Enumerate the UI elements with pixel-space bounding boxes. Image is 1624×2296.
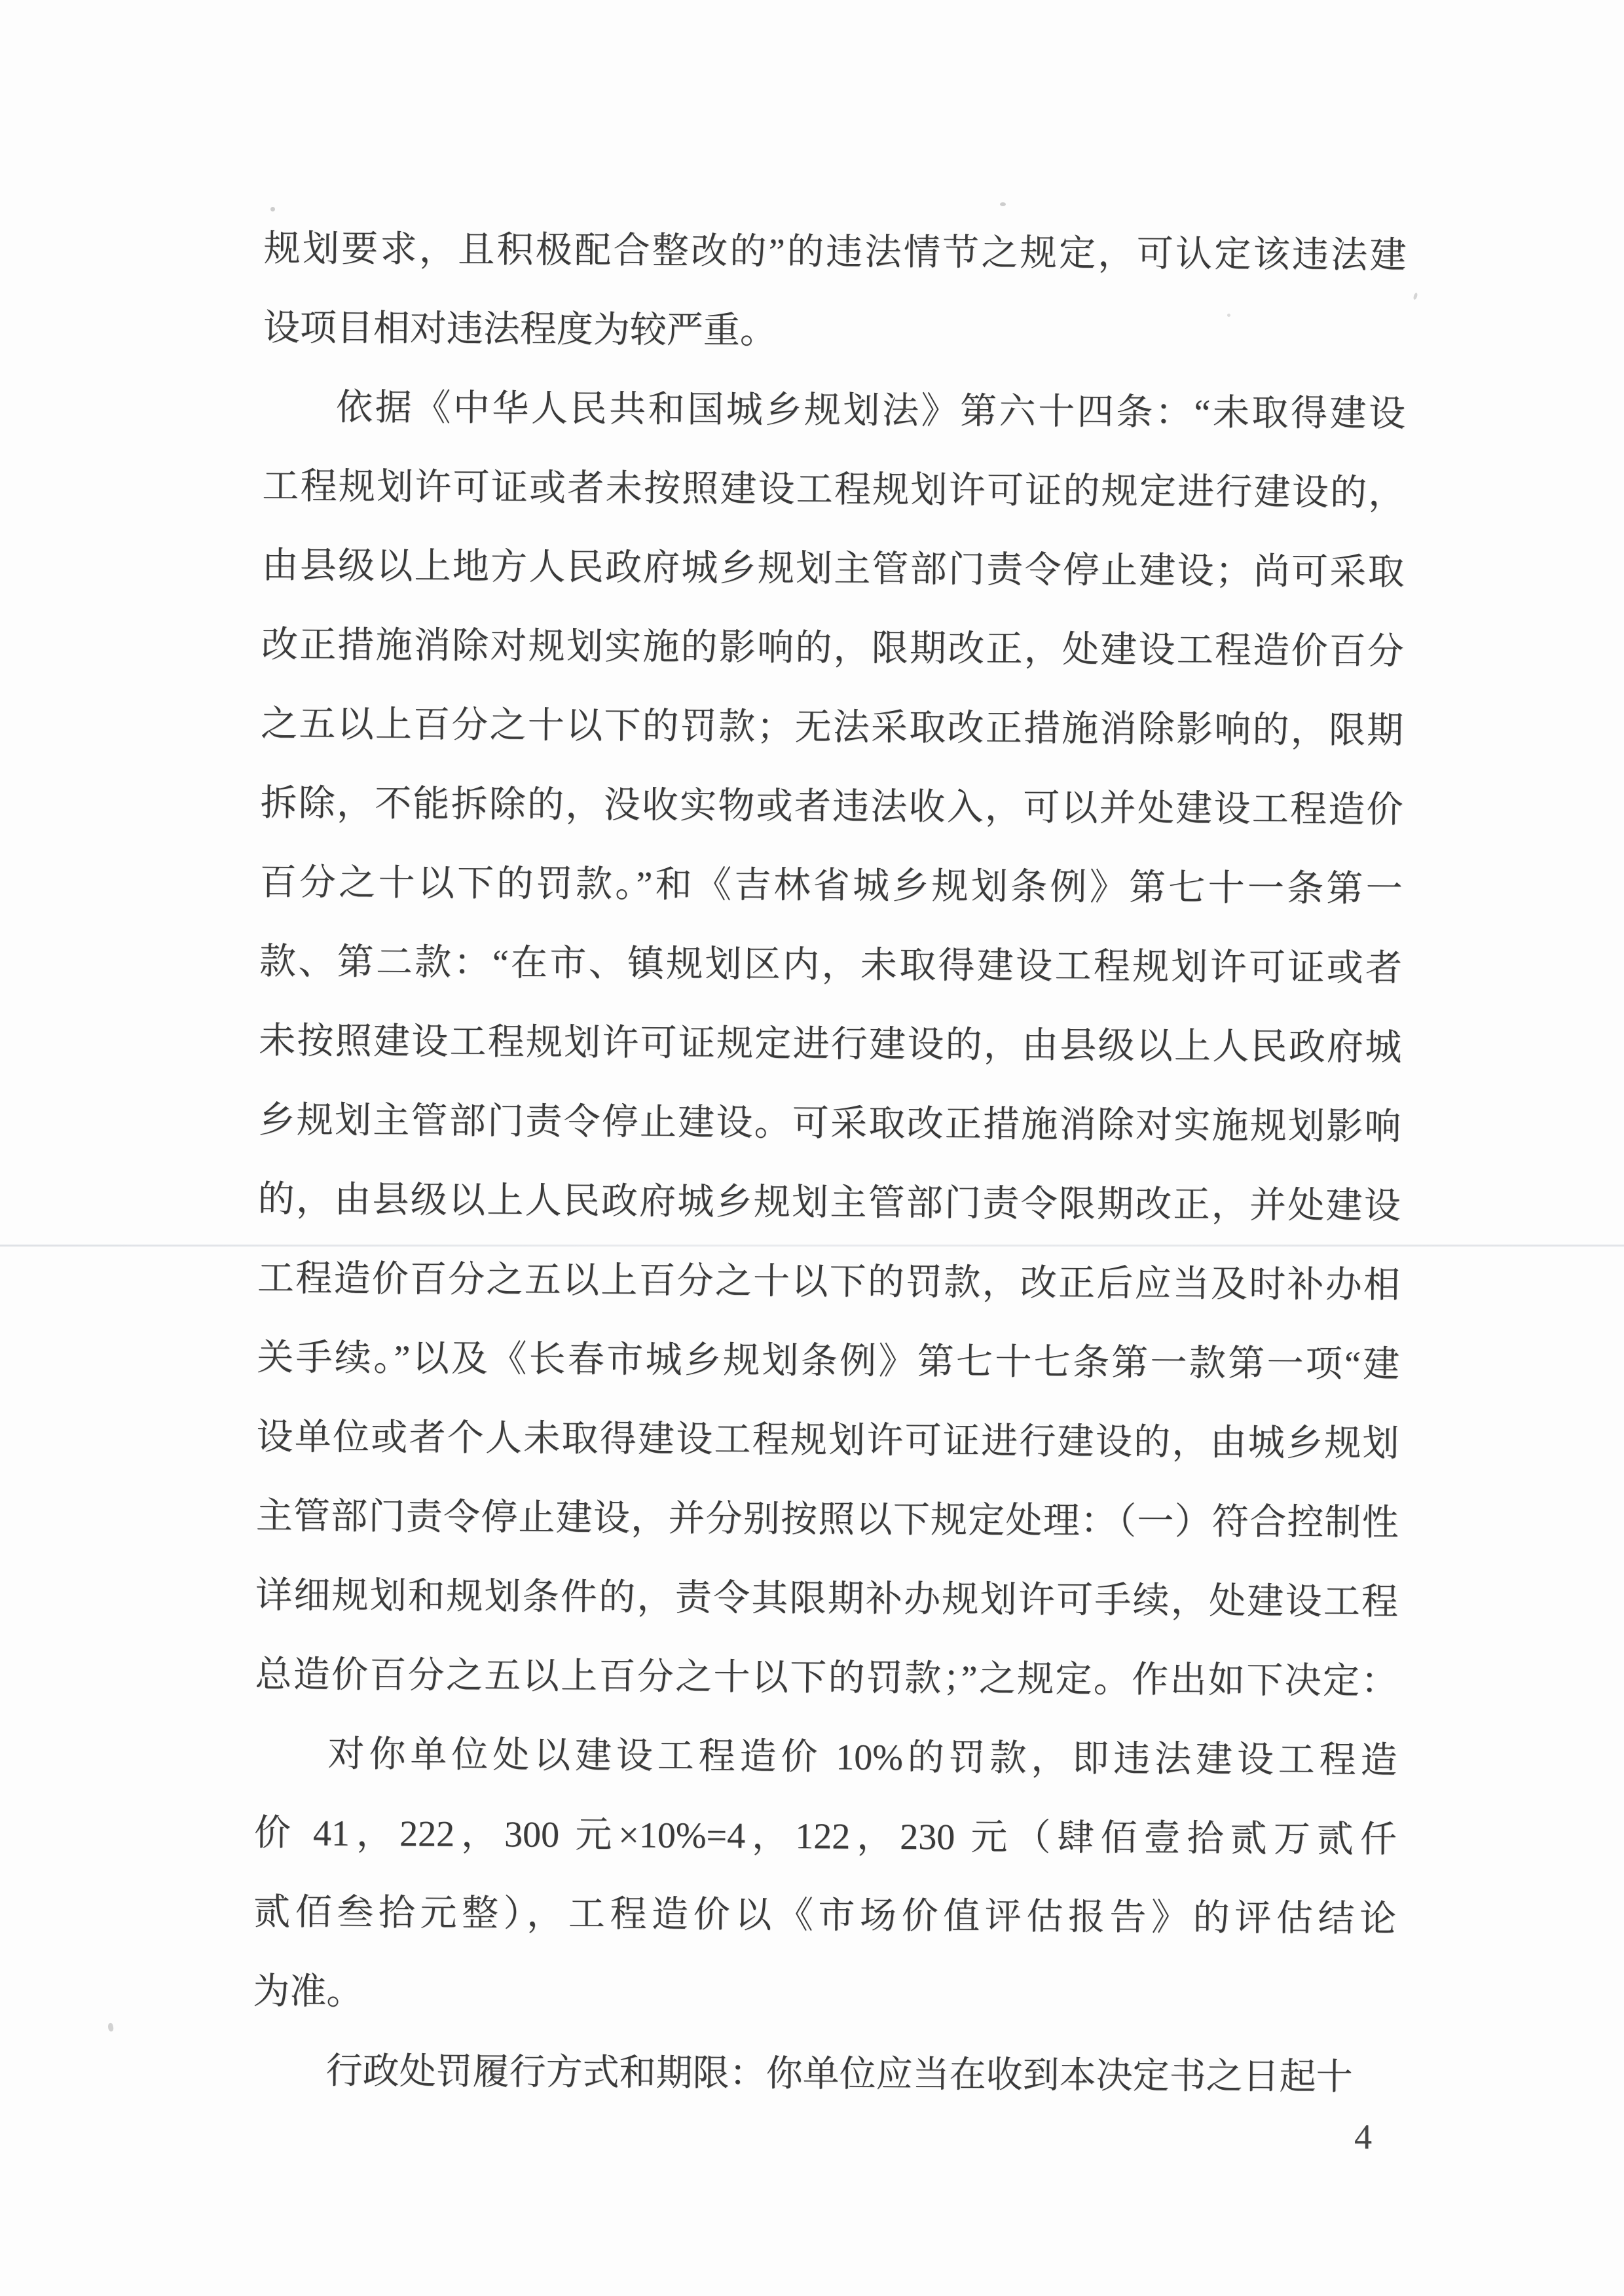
text-line: 的，由县级以上人民政府城乡规划主管部门责令限期改正，并处建设 bbox=[257, 1160, 1401, 1247]
text-line: 设单位或者个人未取得建设工程规划许可证进行建设的，由城乡规划 bbox=[256, 1398, 1399, 1484]
text-line: 工程造价百分之五以上百分之十以下的罚款，改正后应当及时补办相 bbox=[257, 1239, 1401, 1326]
text-line: 拆除，不能拆除的，没收实物或者违法收入，可以并处建设工程造价 bbox=[260, 764, 1403, 850]
text-line: 关手续。”以及《长春市城乡规划条例》第七十七条第一款第一项“建 bbox=[257, 1319, 1400, 1405]
text-line: 行政处罚履行方式和期限：你单位应当在收到本决定书之日起十 bbox=[252, 2032, 1395, 2118]
text-line: 工程规划许可证或者未按照建设工程规划许可证的规定进行建设的， bbox=[262, 447, 1405, 534]
text-line: 规划要求，且积极配合整改的”的违法情节之规定，可认定该违法建 bbox=[263, 210, 1407, 296]
text-line: 价 41，222，300 元×10%=4，122，230 元（肆佰壹拾贰万贰仟 bbox=[253, 1794, 1397, 1880]
scan-speck bbox=[107, 2022, 115, 2032]
text-line: 改正措施消除对规划实施的影响的，限期改正，处建设工程造价百分 bbox=[261, 606, 1405, 692]
text-line: 详细规划和规划条件的，责令其限期补办规划许可手续，处建设工程 bbox=[255, 1556, 1399, 1643]
text-line: 主管部门责令停止建设，并分别按照以下规定处理：（一）符合控制性 bbox=[255, 1477, 1399, 1563]
scan-speck bbox=[1000, 202, 1006, 206]
scanned-document-page: 规划要求，且积极配合整改的”的违法情节之规定，可认定该违法建设项目相对违法程度为… bbox=[0, 0, 1624, 2296]
page-number: 4 bbox=[1354, 2117, 1372, 2157]
text-line: 之五以上百分之十以下的罚款；无法采取改正措施消除影响的，限期 bbox=[261, 685, 1404, 771]
text-line: 依据《中华人民共和国城乡规划法》第六十四条：“未取得建设 bbox=[263, 368, 1406, 454]
text-line: 为准。 bbox=[253, 1952, 1396, 2039]
document-body-text: 规划要求，且积极配合整改的”的违法情节之规定，可认定该违法建设项目相对违法程度为… bbox=[252, 210, 1407, 2118]
text-line: 贰佰叁拾元整），工程造价以《市场价值评估报告》的评估结论 bbox=[253, 1873, 1397, 1959]
scan-speck bbox=[1412, 292, 1418, 300]
text-line: 总造价百分之五以上百分之十以下的罚款；”之规定。作出如下决定： bbox=[255, 1635, 1398, 1722]
text-line: 乡规划主管部门责令停止建设。可采取改正措施消除对实施规划影响 bbox=[258, 1081, 1401, 1167]
text-line: 对你单位处以建设工程造价 10%的罚款，即违法建设工程造 bbox=[254, 1715, 1397, 1801]
text-line: 款、第二款：“在市、镇规划区内，未取得建设工程规划许可证或者 bbox=[259, 922, 1403, 1009]
text-line: 由县级以上地方人民政府城乡规划主管部门责令停止建设；尚可采取 bbox=[261, 526, 1405, 613]
text-line: 设项目相对违法程度为较严重。 bbox=[263, 289, 1407, 375]
text-line: 百分之十以下的罚款。”和《吉林省城乡规划条例》第七十一条第一 bbox=[259, 843, 1403, 930]
text-line: 未按照建设工程规划许可证规定进行建设的，由县级以上人民政府城 bbox=[259, 1002, 1402, 1088]
